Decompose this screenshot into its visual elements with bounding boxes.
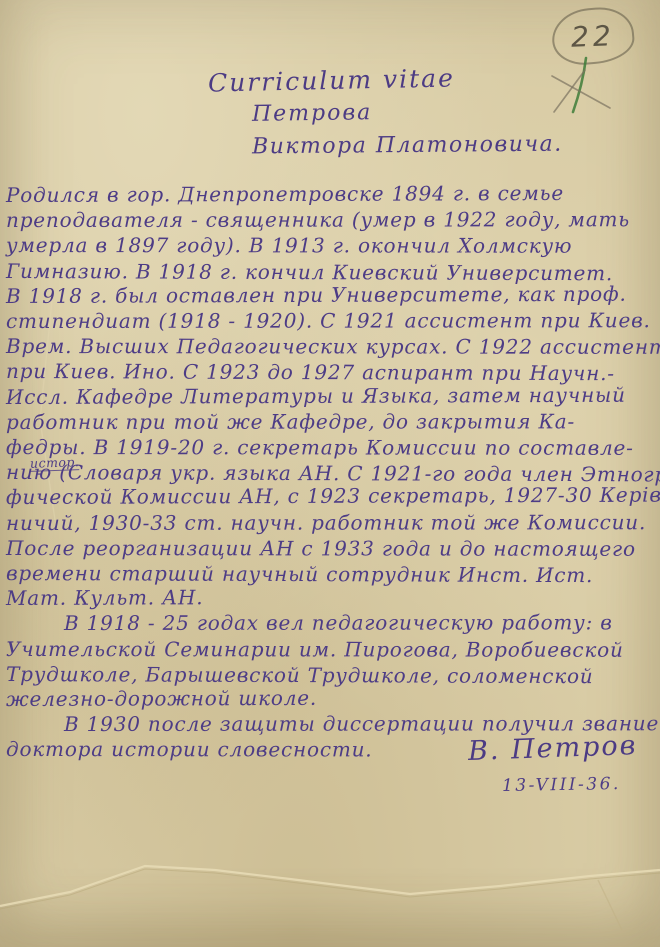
- cv-body-text: Родился в гор. Днепропетровске 1894 г. в…: [6, 183, 656, 763]
- inserted-word: истор.: [30, 454, 80, 472]
- cv-line: умерла в 1897 году). В 1913 г. окончил Х…: [6, 233, 656, 259]
- cv-line: федры. В 1919-20 г. секретарь Комиссии п…: [6, 435, 656, 461]
- signature: В. Петров: [468, 730, 638, 767]
- signature-date: 13-VIII-36.: [502, 774, 621, 796]
- cv-line: В 1918 г. был оставлен при Университете,…: [6, 281, 656, 309]
- cv-line: Мат. Культ. АН.: [6, 584, 656, 612]
- title-surname: Петрова: [252, 100, 373, 127]
- cv-line: работник при той же Кафедре, до закрытия…: [6, 409, 656, 435]
- cv-line: ничий, 1930-33 ст. научн. работник той ж…: [6, 510, 656, 536]
- cv-line: стипендиат (1918 - 1920). С 1921 ассисте…: [6, 308, 656, 334]
- cv-line: Учительской Семинарии им. Пирогова, Воро…: [6, 637, 656, 663]
- cv-line: преподавателя - священника (умер в 1922 …: [6, 207, 656, 233]
- check-cross-mark-icon: [540, 50, 660, 130]
- document-page: 22 Curriculum vitae Петрова Виктора Плат…: [0, 0, 660, 947]
- cv-line: Родился в гор. Днепропетровске 1894 г. в…: [6, 181, 656, 209]
- cv-line: В 1918 - 25 годах вел педагогическую раб…: [64, 611, 656, 637]
- cv-line: железно-дорожной школе.: [6, 685, 656, 713]
- cv-line: После реорганизации АН с 1933 года и до …: [6, 536, 656, 562]
- cv-line: фической Комиссии АН, с 1923 секретарь, …: [6, 483, 656, 511]
- title-latin: Curriculum vitae: [208, 63, 455, 97]
- cv-line: Врем. Высших Педагогических курсах. С 19…: [6, 334, 656, 360]
- page-number: 22: [571, 19, 616, 54]
- title-name-patronymic: Виктора Платоновича.: [252, 132, 563, 160]
- cv-line: Иссл. Кафедре Литературы и Языка, затем …: [6, 382, 656, 410]
